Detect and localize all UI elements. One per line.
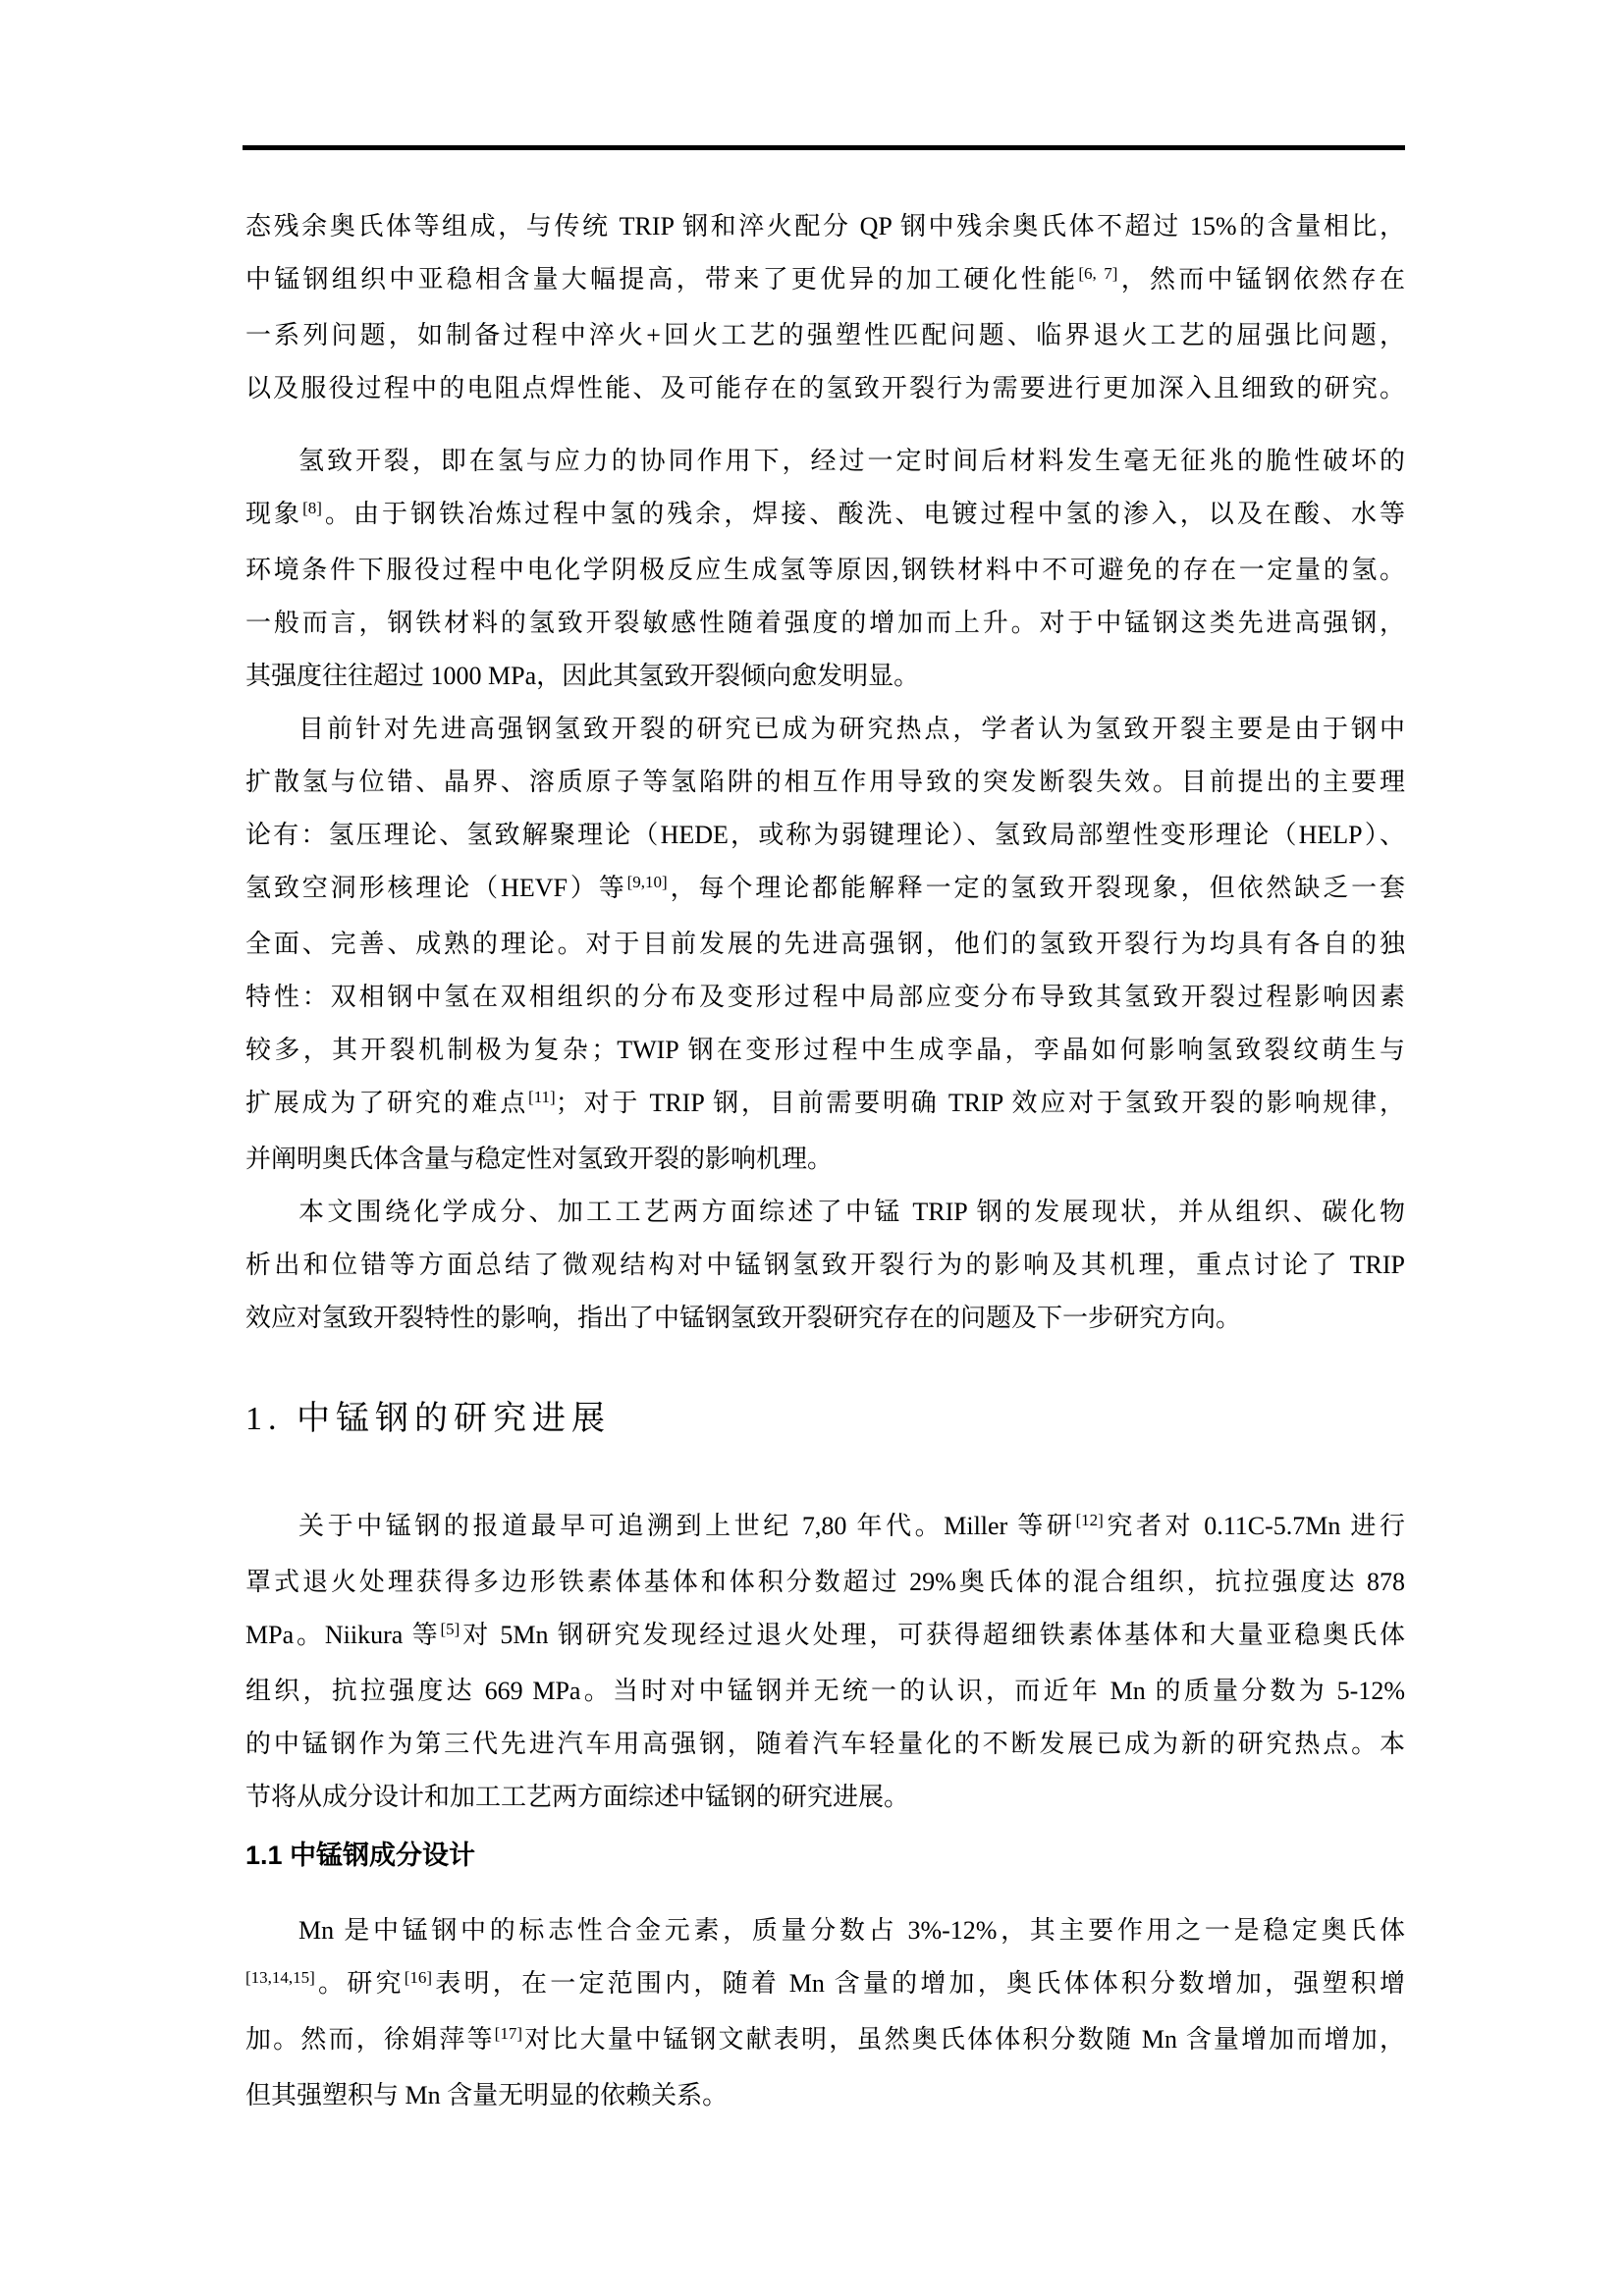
text-run: 中锰钢组织中亚稳相含量大幅提高，带来了更优异的加工硬化性能	[245, 265, 1078, 294]
text-run: 态残余奥氏体等组成，与传统 TRIP 钢和淬火配分 QP 钢中残余奥氏体不超过 …	[245, 212, 1405, 240]
paragraph: 目前针对先进高强钢氢致开裂的研究已成为研究热点，学者认为氢致开裂主要是由于钢中扩…	[245, 703, 1405, 1186]
text-run: 对 5Mn 钢研究发现经过退火处理，可获得超细铁素体基体和大量亚稳奥氏体	[460, 1621, 1405, 1649]
text-line: 并阐明奥氏体含量与稳定性对氢致开裂的影响机理。	[245, 1133, 1405, 1186]
text-line: 效应对氢致开裂特性的影响，指出了中锰钢氢致开裂研究存在的问题及下一步研究方向。	[245, 1292, 1405, 1345]
text-line: [13,14,15]。研究[16]表明，在一定范围内，随着 Mn 含量的增加，奥…	[245, 1957, 1405, 2013]
text-run: 的中锰钢作为第三代先进汽车用高强钢，随着汽车轻量化的不断发展已成为新的研究热点。…	[245, 1730, 1405, 1758]
text-line: 关于中锰钢的报道最早可追溯到上世纪 7,80 年代。Miller 等研[12]究…	[245, 1500, 1405, 1556]
text-run: 罩式退火处理获得多边形铁素体基体和体积分数超过 29%奥氏体的混合组织，抗拉强度…	[245, 1568, 1405, 1596]
text-run: ，每个理论都能解释一定的氢致开裂现象，但依然缺乏一套	[668, 874, 1405, 902]
text-line: 氢致空洞形核理论（HEVF）等[9,10]，每个理论都能解释一定的氢致开裂现象，…	[245, 862, 1405, 918]
text-line: 全面、完善、成熟的理论。对于目前发展的先进高强钢，他们的氢致开裂行为均具有各自的…	[245, 918, 1405, 971]
text-run: 加。然而，徐娟萍等	[245, 2025, 495, 2054]
text-line: 加。然而，徐娟萍等[17]对比大量中锰钢文献表明，虽然奥氏体体积分数随 Mn 含…	[245, 2013, 1405, 2069]
text-run: 关于中锰钢的报道最早可追溯到上世纪 7,80 年代。Miller 等研	[298, 1512, 1075, 1540]
superscript-citation: [5]	[441, 1620, 460, 1638]
text-run: Mn 是中锰钢中的标志性合金元素，质量分数占 3%-12%，其主要作用之一是稳定…	[298, 1916, 1405, 1945]
text-line: 罩式退火处理获得多边形铁素体基体和体积分数超过 29%奥氏体的混合组织，抗拉强度…	[245, 1556, 1405, 1609]
text-run: 扩展成为了研究的难点	[245, 1089, 528, 1117]
text-run: 现象	[245, 500, 302, 528]
document-content: 态残余奥氏体等组成，与传统 TRIP 钢和淬火配分 QP 钢中残余奥氏体不超过 …	[245, 200, 1405, 2122]
superscript-citation: [12]	[1075, 1511, 1103, 1529]
text-run: 氢致空洞形核理论（HEVF）等	[245, 874, 627, 902]
text-line: 环境条件下服役过程中电化学阴极反应生成氢等原因,钢铁材料中不可避免的存在一定量的…	[245, 544, 1405, 597]
text-run: 一般而言，钢铁材料的氢致开裂敏感性随着强度的增加而上升。对于中锰钢这类先进高强钢…	[245, 609, 1405, 637]
text-line: MPa。Niikura 等[5]对 5Mn 钢研究发现经过退火处理，可获得超细铁…	[245, 1609, 1405, 1665]
text-line: 一系列问题，如制备过程中淬火+回火工艺的强塑性匹配问题、临界退火工艺的屈强比问题…	[245, 309, 1405, 362]
text-run: 析出和位错等方面总结了微观结构对中锰钢氢致开裂行为的影响及其机理，重点讨论了 T…	[245, 1251, 1405, 1279]
text-run: 究者对 0.11C-5.7Mn 进行	[1104, 1512, 1405, 1540]
superscript-citation: [17]	[495, 2024, 522, 2043]
text-run: 扩散氢与位错、晶界、溶质原子等氢陷阱的相互作用导致的突发断裂失效。目前提出的主要…	[245, 768, 1405, 796]
text-line: 析出和位错等方面总结了微观结构对中锰钢氢致开裂行为的影响及其机理，重点讨论了 T…	[245, 1239, 1405, 1292]
text-run: 全面、完善、成熟的理论。对于目前发展的先进高强钢，他们的氢致开裂行为均具有各自的…	[245, 930, 1405, 958]
superscript-citation: [6, 7]	[1078, 264, 1117, 283]
text-run: 并阐明奥氏体含量与稳定性对氢致开裂的影响机理。	[245, 1145, 833, 1173]
text-run: 。由于钢铁冶炼过程中氢的残余，焊接、酸洗、电镀过程中氢的渗入，以及在酸、水等	[322, 500, 1405, 528]
text-run: 效应对氢致开裂特性的影响，指出了中锰钢氢致开裂研究存在的问题及下一步研究方向。	[245, 1304, 1241, 1332]
text-line: 论有：氢压理论、氢致解聚理论（HEDE，或称为弱键理论）、氢致局部塑性变形理论（…	[245, 809, 1405, 862]
text-run: 以及服役过程中的电阻点焊性能、及可能存在的氢致开裂行为需要进行更加深入且细致的研…	[245, 374, 1405, 402]
paragraph: 态残余奥氏体等组成，与传统 TRIP 钢和淬火配分 QP 钢中残余奥氏体不超过 …	[245, 200, 1405, 415]
text-line: 特性：双相钢中氢在双相组织的分布及变形过程中局部应变分布导致其氢致开裂过程影响因…	[245, 971, 1405, 1024]
superscript-citation: [13,14,15]	[245, 1968, 315, 1987]
superscript-citation: [9,10]	[627, 873, 668, 891]
text-line: 中锰钢组织中亚稳相含量大幅提高，带来了更优异的加工硬化性能[6, 7]，然而中锰…	[245, 253, 1405, 309]
text-run: 目前针对先进高强钢氢致开裂的研究已成为研究热点，学者认为氢致开裂主要是由于钢中	[298, 715, 1405, 743]
text-run: 论有：氢压理论、氢致解聚理论（HEDE，或称为弱键理论）、氢致局部塑性变形理论（…	[245, 821, 1405, 849]
text-line: 扩散氢与位错、晶界、溶质原子等氢陷阱的相互作用导致的突发断裂失效。目前提出的主要…	[245, 756, 1405, 809]
superscript-citation: [8]	[302, 499, 322, 517]
text-line: 扩展成为了研究的难点[11]；对于 TRIP 钢，目前需要明确 TRIP 效应对…	[245, 1077, 1405, 1133]
paragraph: 氢致开裂，即在氢与应力的协同作用下，经过一定时间后材料发生毫无征兆的脆性破坏的现…	[245, 435, 1405, 703]
text-run: 较多，其开裂机制极为复杂；TWIP 钢在变形过程中生成孪晶，孪晶如何影响氢致裂纹…	[245, 1036, 1405, 1064]
subsection-heading: 1.1 中锰钢成分设计	[245, 1836, 1405, 1875]
superscript-citation: [16]	[405, 1968, 432, 1987]
document-page: 态残余奥氏体等组成，与传统 TRIP 钢和淬火配分 QP 钢中残余奥氏体不超过 …	[0, 0, 1624, 2296]
text-run: 表明，在一定范围内，随着 Mn 含量的增加，奥氏体体积分数增加，强塑积增	[432, 1969, 1405, 1998]
header-rule	[243, 145, 1405, 150]
text-run: 一系列问题，如制备过程中淬火+回火工艺的强塑性匹配问题、临界退火工艺的屈强比问题…	[245, 321, 1405, 349]
text-line: 的中锰钢作为第三代先进汽车用高强钢，随着汽车轻量化的不断发展已成为新的研究热点。…	[245, 1718, 1405, 1771]
text-line: 氢致开裂，即在氢与应力的协同作用下，经过一定时间后材料发生毫无征兆的脆性破坏的	[245, 435, 1405, 488]
text-line: 以及服役过程中的电阻点焊性能、及可能存在的氢致开裂行为需要进行更加深入且细致的研…	[245, 362, 1405, 415]
text-run: 氢致开裂，即在氢与应力的协同作用下，经过一定时间后材料发生毫无征兆的脆性破坏的	[298, 447, 1405, 475]
text-line: 一般而言，钢铁材料的氢致开裂敏感性随着强度的增加而上升。对于中锰钢这类先进高强钢…	[245, 597, 1405, 650]
text-run: MPa。Niikura 等	[245, 1621, 441, 1649]
text-line: 现象[8]。由于钢铁冶炼过程中氢的残余，焊接、酸洗、电镀过程中氢的渗入，以及在酸…	[245, 488, 1405, 544]
paragraph: 关于中锰钢的报道最早可追溯到上世纪 7,80 年代。Miller 等研[12]究…	[245, 1500, 1405, 1824]
text-run: 对比大量中锰钢文献表明，虽然奥氏体体积分数随 Mn 含量增加而增加，	[522, 2025, 1405, 2054]
text-line: 但其强塑积与 Mn 含量无明显的依赖关系。	[245, 2069, 1405, 2122]
paragraph: Mn 是中锰钢中的标志性合金元素，质量分数占 3%-12%，其主要作用之一是稳定…	[245, 1904, 1405, 2122]
text-run: 节将从成分设计和加工工艺两方面综述中锰钢的研究进展。	[245, 1783, 909, 1811]
section-heading: 1. 中锰钢的研究进展	[245, 1392, 1405, 1447]
text-line: 目前针对先进高强钢氢致开裂的研究已成为研究热点，学者认为氢致开裂主要是由于钢中	[245, 703, 1405, 756]
text-run: 其强度往往超过 1000 MPa，因此其氢致开裂倾向愈发明显。	[245, 662, 919, 690]
text-line: 其强度往往超过 1000 MPa，因此其氢致开裂倾向愈发明显。	[245, 650, 1405, 703]
text-run: 但其强塑积与 Mn 含量无明显的依赖关系。	[245, 2081, 728, 2109]
paragraph: 本文围绕化学成分、加工工艺两方面综述了中锰 TRIP 钢的发展现状，并从组织、碳…	[245, 1186, 1405, 1345]
text-line: Mn 是中锰钢中的标志性合金元素，质量分数占 3%-12%，其主要作用之一是稳定…	[245, 1904, 1405, 1957]
superscript-citation: [11]	[528, 1088, 556, 1106]
text-run: ，然而中锰钢依然存在	[1117, 265, 1405, 294]
text-line: 较多，其开裂机制极为复杂；TWIP 钢在变形过程中生成孪晶，孪晶如何影响氢致裂纹…	[245, 1024, 1405, 1077]
text-run: 环境条件下服役过程中电化学阴极反应生成氢等原因,钢铁材料中不可避免的存在一定量的…	[245, 556, 1405, 584]
text-run: 特性：双相钢中氢在双相组织的分布及变形过程中局部应变分布导致其氢致开裂过程影响因…	[245, 983, 1405, 1011]
text-run: 组织，抗拉强度达 669 MPa。当时对中锰钢并无统一的认识，而近年 Mn 的质…	[245, 1677, 1405, 1705]
text-line: 态残余奥氏体等组成，与传统 TRIP 钢和淬火配分 QP 钢中残余奥氏体不超过 …	[245, 200, 1405, 253]
text-run: 。研究	[315, 1969, 405, 1998]
text-line: 节将从成分设计和加工工艺两方面综述中锰钢的研究进展。	[245, 1771, 1405, 1824]
text-line: 组织，抗拉强度达 669 MPa。当时对中锰钢并无统一的认识，而近年 Mn 的质…	[245, 1665, 1405, 1718]
text-run: 本文围绕化学成分、加工工艺两方面综述了中锰 TRIP 钢的发展现状，并从组织、碳…	[298, 1198, 1405, 1226]
text-run: ；对于 TRIP 钢，目前需要明确 TRIP 效应对于氢致开裂的影响规律，	[556, 1089, 1405, 1117]
text-line: 本文围绕化学成分、加工工艺两方面综述了中锰 TRIP 钢的发展现状，并从组织、碳…	[245, 1186, 1405, 1239]
